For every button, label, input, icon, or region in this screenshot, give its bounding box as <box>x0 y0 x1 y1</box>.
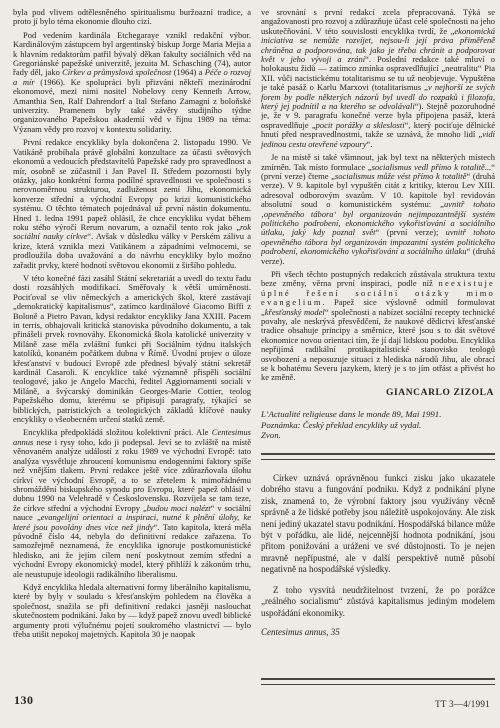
author-byline: GIANCARLO ZIZOLA <box>261 389 494 398</box>
source-line: Zvon. <box>261 430 495 441</box>
footer-issue: TT 3—4/1991 <box>435 699 490 709</box>
excerpt-block: Církev uznává oprávněnou funkci zisku ja… <box>261 473 495 619</box>
excerpt-paragraph: Z toho vysvítá neudržitelnost tvrzení, ž… <box>261 585 495 619</box>
article-paragraph: byla pod vlivem odtělesněného spirituali… <box>13 8 251 27</box>
article-paragraph: V této konečné fázi zasáhl Státní sekret… <box>13 274 251 425</box>
article-paragraph: Když encyklika hledala alternativní form… <box>13 583 251 639</box>
excerpt-paragraph: Církev uznává oprávněnou funkci zisku ja… <box>261 473 495 576</box>
source-note: L’Actualité religieuse dans le monde 89,… <box>261 409 495 441</box>
article-paragraph: ve srovnání s první redakcí zcela přepra… <box>261 8 495 149</box>
page: byla pod vlivem odtělesněného spirituali… <box>0 0 500 728</box>
article-paragraph: Je na místě si také všimnout, jak byl te… <box>261 153 495 266</box>
column-right: ve srovnání s první redakcí zcela přepra… <box>261 8 495 686</box>
footer-page-number: 130 <box>14 693 34 708</box>
column-right-text: ve srovnání s první redakcí zcela přepra… <box>261 8 495 383</box>
article-body: byla pod vlivem odtělesněného spirituali… <box>13 8 495 686</box>
section-divider <box>261 453 495 460</box>
article-paragraph: Při všech těchto postupných redakcích zů… <box>261 270 495 383</box>
source-line: Poznámka: Český překlad encykliky už vyd… <box>261 420 495 431</box>
excerpt-attribution: Centesimus annus, 35 <box>261 628 495 637</box>
column-left: byla pod vlivem odtělesněného spirituali… <box>13 8 251 686</box>
article-paragraph: Pod vedením kardinála Etchegaraye vznikl… <box>13 31 251 134</box>
source-line: L’Actualité religieuse dans le monde 89,… <box>261 409 495 420</box>
section-divider-bottom <box>261 678 495 685</box>
article-paragraph: Encyklika předpokládá složitou kolektivn… <box>13 428 251 579</box>
article-paragraph: První redakce encykliky byla dokončena 2… <box>13 138 251 270</box>
